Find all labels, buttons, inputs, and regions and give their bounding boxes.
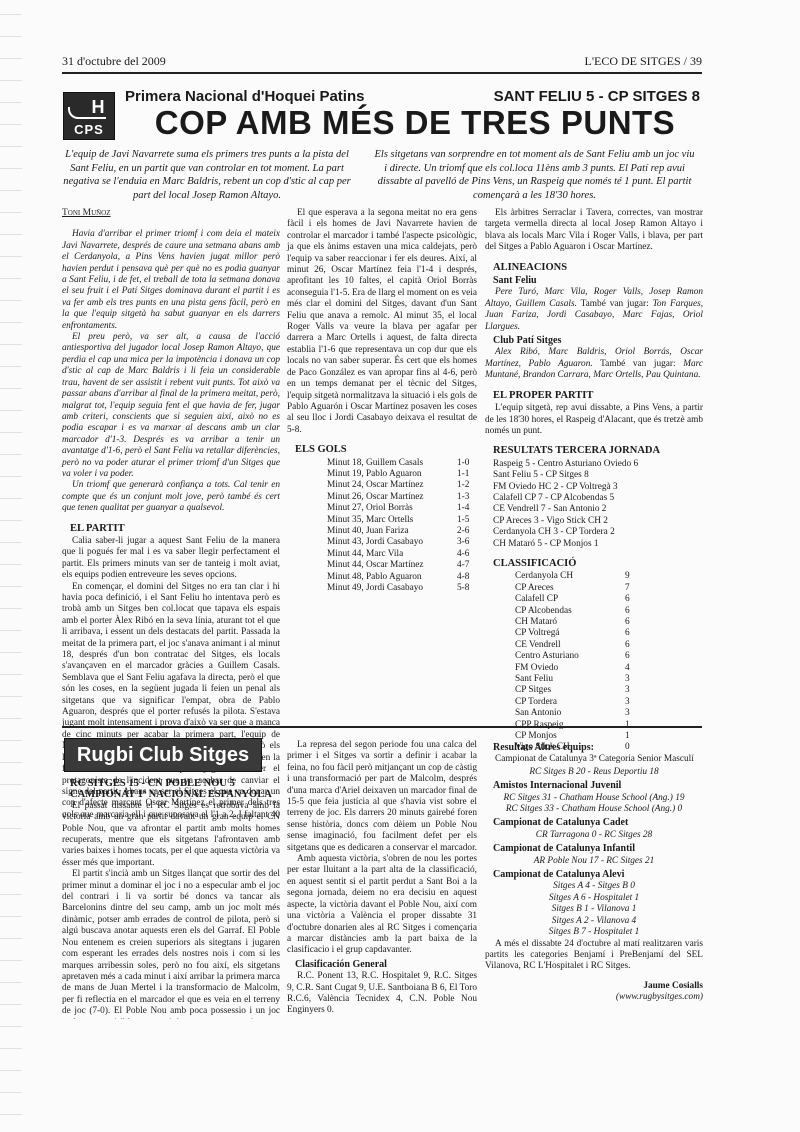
hockey-column-3: Els àrbitres Serraclar i Tavera, correct… (485, 208, 703, 754)
standings-row: CE Vendrell6 (485, 640, 703, 651)
result-line: RC Sitges B 20 - Reus Deportiu 18 (485, 767, 703, 778)
goal-row: Minut 18, Guillem Casals1-0 (287, 458, 477, 469)
standings-row: Sant Feliu3 (485, 674, 703, 685)
intro-paragraph: Un triomf que generarà confiança a tots.… (62, 480, 280, 514)
result-line: CR Tarragona 0 - RC Sitges 28 (485, 830, 703, 841)
standings-row: CP Areces7 (485, 583, 703, 594)
standings-row: CP Sitges3 (485, 685, 703, 696)
section-heading-standings: CLASSIFICACIÓ (493, 558, 703, 569)
body-paragraph: El partit s'incià amb un Sitges llançat … (62, 869, 280, 1019)
intro-paragraph: Havia d'arribar el primer triomf i com d… (62, 229, 280, 332)
rugby-column-1: RC SITGES 15 - CN POBLE NOU 5 CAMPIONAT … (62, 778, 280, 1019)
logo-letter: H (88, 97, 108, 117)
other-results-title: Resultats Altres equips: (493, 742, 703, 753)
competition-name: Campionat de Catalunya Alevi (493, 869, 703, 880)
section-heading-lineups: ALINEACIONS (493, 262, 703, 273)
result-line: Sitges A 4 - Sitges B 0 (485, 881, 703, 892)
rugby-column-2: La represa del segon periode fou una cal… (287, 740, 477, 1017)
standings-row: San Antonio3 (485, 708, 703, 719)
author: Jaume Cosialls (485, 981, 703, 992)
lineup-players: Alex Ribó, Marc Baldris, Oriol Borrás, O… (485, 347, 703, 381)
result-line: Sitges A 6 - Hospitalet 1 (485, 893, 703, 904)
rugby-banner: Rugbi Club Sitges (64, 738, 262, 772)
referees-paragraph: Els àrbitres Serraclar i Tavera, correct… (485, 208, 703, 254)
result-row: Calafell CP 7 - CP Alcobendas 5 (493, 493, 703, 504)
next-match-text: L'equip sitgetà, rep avui dissabte, a Pi… (485, 403, 703, 437)
body-paragraph: Amb aquesta victòria, s'obren de nou les… (287, 854, 477, 957)
competition-name: Campionat de Catalunya Infantil (493, 843, 703, 854)
closing-paragraph: A més el dissabte 24 d'octubre al matí r… (485, 939, 703, 973)
standings-row: CP Tordera3 (485, 697, 703, 708)
section-heading-results: RESULTATS TERCERA JORNADA (493, 445, 703, 456)
competition-name: Amistos Internacional Juvenil (493, 780, 703, 791)
section-heading-next-match: EL PROPER PARTIT (493, 390, 703, 401)
goal-row: Minut 44, Oscar Martínez4-7 (287, 560, 477, 571)
standings-row: Calafell CP6 (485, 594, 703, 605)
result-row: Sant Feliu 5 - CP Sitges 8 (493, 470, 703, 481)
standings-row: Centro Asturiano6 (485, 651, 703, 662)
goal-row: Minut 48, Pablo Aguaron4-8 (287, 572, 477, 583)
goals-list: Minut 18, Guillem Casals1-0 Minut 19, Pa… (287, 458, 477, 595)
goal-row: Minut 49, Jordi Casabayo5-8 (287, 583, 477, 594)
rugby-column-3: Resultats Altres equips: Campionat de Ca… (485, 740, 703, 1004)
deck-left: L'equip de Javi Navarrete suma els prime… (62, 148, 352, 202)
body-paragraph: La represa del segon periode fou una cal… (287, 740, 477, 854)
body-paragraph: El passat dissabte el RC Sitges es retro… (62, 801, 280, 869)
publication-page: L'ECO DE SITGES / 39 (585, 54, 703, 69)
result-line: Sitges B 7 - Hospitalet 1 (485, 927, 703, 938)
headline: COP AMB MÉS DE TRES PUNTS (125, 104, 705, 142)
binding-holes (0, 0, 22, 1132)
goal-row: Minut 26, Oscar Martínez1-3 (287, 492, 477, 503)
competition-name: Campionat de Catalunya 3ª Categoria Seni… (485, 754, 703, 765)
standings-row: CH Mataró6 (485, 617, 703, 628)
section-divider (62, 726, 702, 728)
goal-row: Minut 27, Oriol Borràs1-4 (287, 503, 477, 514)
intro-paragraph: El preu però, va ser alt, a causa de l'a… (62, 332, 280, 480)
rugby-match-title: RC SITGES 15 - CN POBLE NOU 5 (70, 778, 280, 789)
result-row: FM Oviedo HC 2 - CP Voltregà 3 (493, 482, 703, 493)
result-line: Sitges B 1 - Vilanova 1 (485, 904, 703, 915)
deck-right: Els sitgetans van sorprendre en tot mome… (372, 148, 697, 202)
result-line: AR Poble Nou 17 - RC Sitges 21 (485, 856, 703, 867)
website-link[interactable]: (www.rugbysitges.com) (485, 992, 703, 1003)
standings-row: FM Oviedo4 (485, 663, 703, 674)
result-row: CP Areces 3 - Vigo Stick CH 2 (493, 516, 703, 527)
result-row: CH Mataró 5 - CP Monjos 1 (493, 539, 703, 550)
body-paragraph: Calia saber-li jugar a aquest Sant Feliu… (62, 536, 280, 582)
cp-sitges-logo: H CPS (63, 92, 115, 140)
hockey-column-2: El que esperava a la segona meitat no er… (287, 208, 477, 602)
section-heading-goals: ELS GOLS (295, 444, 477, 455)
goal-row: Minut 24, Oscar Martínez1-2 (287, 480, 477, 491)
body-paragraph: El que esperava a la segona meitat no er… (287, 208, 477, 436)
standings-row: Cerdanyola CH9 (485, 571, 703, 582)
result-row: Cerdanyola CH 3 - CP Tordera 2 (493, 527, 703, 538)
issue-date: 31 d'octubre del 2009 (62, 54, 166, 69)
standings-row: CP Voltregá6 (485, 628, 703, 639)
lineup-team: Sant Feliu (493, 275, 703, 286)
goal-row: Minut 40, Juan Fariza2-6 (287, 526, 477, 537)
competition-name: Campionat de Catalunya Cadet (493, 817, 703, 828)
result-line: RC Sitges 33 - Chatham House School (Ang… (485, 804, 703, 815)
match-score: SANT FELIU 5 - CP SITGES 8 (494, 88, 700, 105)
rugby-standings-title: Clasificación General (295, 959, 477, 970)
goal-row: Minut 35, Marc Ortells1-5 (287, 515, 477, 526)
lineup-team: Club Patí Sitges (493, 335, 703, 346)
rugby-competition-title: CAMPIONAT 1ª NACIONAL ESPANYOLA (70, 789, 280, 800)
result-line: Sitges A 2 - Vilanova 4 (485, 916, 703, 927)
rugby-standings-text: R.C. Ponent 13, R.C. Hospitalet 9, R.C. … (287, 971, 477, 1017)
section-heading-el-partit: EL PARTIT (70, 523, 280, 534)
logo-text: CPS (64, 122, 114, 137)
goal-row: Minut 19, Pablo Aguaron1-1 (287, 469, 477, 480)
result-row: Raspeig 5 - Centro Asturiano Oviedo 6 (493, 459, 703, 470)
goal-row: Minut 44, Marc Vila4-6 (287, 549, 477, 560)
goal-row: Minut 43, Jordi Casabayo3-6 (287, 537, 477, 548)
results-list: Raspeig 5 - Centro Asturiano Oviedo 6 Sa… (485, 459, 703, 550)
standings-row: CP Alcobendas6 (485, 606, 703, 617)
result-line: RC Sitges 31 - Chatham House School (Ang… (485, 793, 703, 804)
result-row: CE Vendrell 7 - San Antonio 2 (493, 504, 703, 515)
masthead: 31 d'octubre del 2009 L'ECO DE SITGES / … (62, 54, 702, 74)
lineup-players: Pere Turó, Marc Vila, Roger Valls, Josep… (485, 287, 703, 333)
byline: Toni Muñoz (62, 208, 280, 219)
section-kicker: Primera Nacional d'Hoquei Patins (125, 88, 364, 105)
